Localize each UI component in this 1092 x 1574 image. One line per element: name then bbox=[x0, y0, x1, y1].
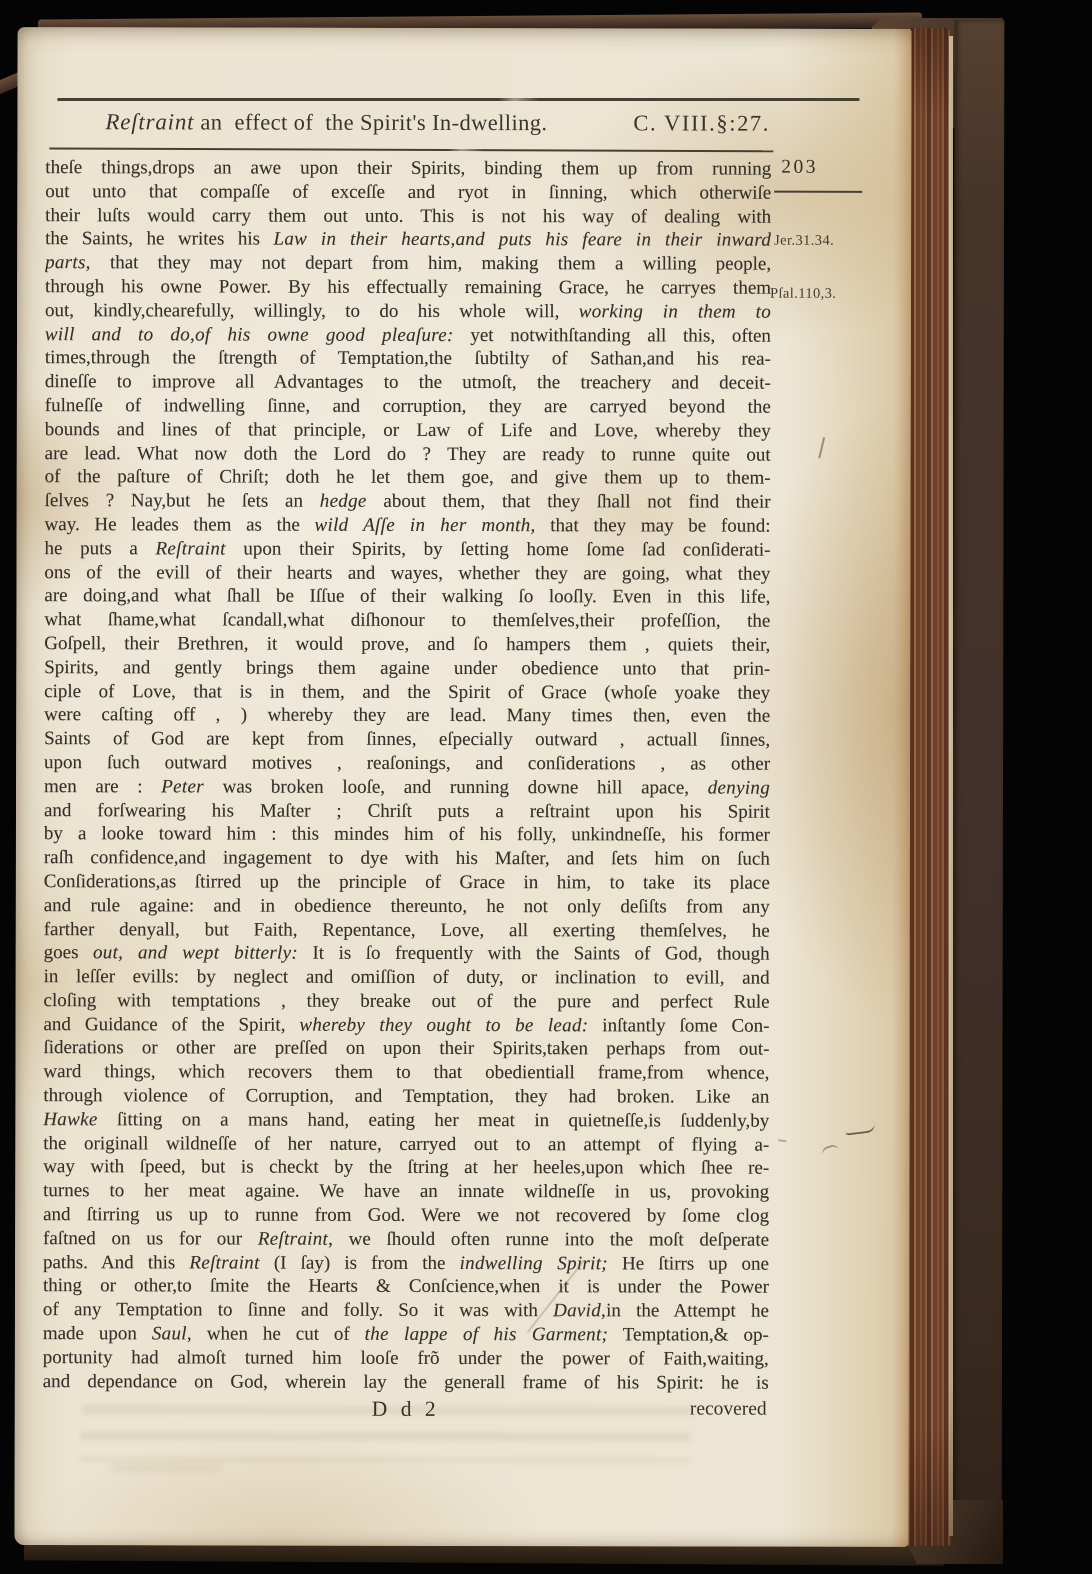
text-line: and dependance on God, wherein lay the g… bbox=[43, 1370, 769, 1395]
text-line: what ſhame,what ſcandall,what diſhonour … bbox=[44, 608, 770, 633]
signature-line: D d 2 recovered bbox=[43, 1396, 769, 1426]
text-line: farther denyall, but Faith, Repentance, … bbox=[44, 918, 770, 943]
text-line: cloſing with temptations , they breake o… bbox=[44, 989, 770, 1014]
book-page: Reſtraint an effect of the Spirit's In-d… bbox=[14, 27, 911, 1547]
ink-mark bbox=[778, 1139, 786, 1142]
verso-show-through-small bbox=[110, 1463, 221, 1489]
book-cover-right-board bbox=[952, 20, 1005, 1564]
text-line: their luſts would carry them out unto. T… bbox=[45, 204, 771, 229]
header-top-rule bbox=[57, 98, 859, 101]
text-line: were caſting off , ) whereby they are le… bbox=[44, 703, 770, 728]
text-line: goes out, and wept bitterly: It is ſo fr… bbox=[44, 941, 770, 966]
text-line: ward things, which recovers them to that… bbox=[43, 1060, 769, 1085]
text-line: of any Temptation to ſinne and folly. So… bbox=[43, 1298, 769, 1323]
book-scan: Reſtraint an effect of the Spirit's In-d… bbox=[0, 0, 1092, 1574]
margin-note-jeremiah: Jer.31.34. bbox=[774, 233, 834, 250]
text-line: Goſpell, their Brethren, it would prove,… bbox=[44, 632, 770, 657]
text-line: in leſſer evills: by neglect and omiſſio… bbox=[44, 965, 770, 990]
text-line: Conſiderations,as ſtirred up the princip… bbox=[44, 870, 770, 895]
text-line: men are : Peter was broken looſe, and ru… bbox=[44, 775, 770, 800]
text-line: out unto that compaſſe of exceſſe and ry… bbox=[45, 180, 771, 205]
text-line: of the paſture of Chriſt; doth he let th… bbox=[45, 465, 771, 490]
text-line: way. He leades them as the wild Aſſe in … bbox=[45, 513, 771, 538]
text-line: are doing,and what ſhall be Iſſue of the… bbox=[44, 584, 770, 609]
running-header-text: an effect of the Spirit's In-dwelling. bbox=[194, 109, 547, 135]
text-line: ſelves ? Nay,but he ſets an hedge about … bbox=[45, 489, 771, 514]
text-line: ciple of Love, that is in them, and the … bbox=[44, 680, 770, 705]
text-line: dineſſe to improve all Advantages to the… bbox=[45, 370, 771, 395]
text-line: Spirits, and gently brings them againe u… bbox=[44, 656, 770, 681]
text-line: the Saints, he writes his Law in their h… bbox=[45, 228, 771, 253]
text-line: ſiderations or other are preſſed on upon… bbox=[43, 1037, 769, 1062]
page-number: 203 bbox=[781, 157, 818, 179]
text-line: way with ſpeed, but is checkt by the ſtr… bbox=[43, 1156, 769, 1181]
text-line: Hawke ſitting on a mans hand, eating her… bbox=[43, 1108, 769, 1133]
ink-mark bbox=[818, 437, 825, 459]
text-line: he puts a Reſtraint upon their Spirits, … bbox=[44, 537, 770, 562]
running-header-keyword: Reſtraint bbox=[105, 109, 194, 134]
margin-note-psalm: Pſal.110,3. bbox=[770, 286, 836, 303]
page-fore-edge-stack bbox=[905, 28, 951, 1546]
ink-mark bbox=[845, 1123, 876, 1136]
text-line: out, kindly,chearefully, willingly, to d… bbox=[45, 299, 771, 324]
chapter-reference: C. VIII.§:27. bbox=[633, 110, 770, 136]
header-bottom-rule bbox=[49, 148, 773, 153]
text-line: through violence of Corruption, and Temp… bbox=[43, 1084, 769, 1109]
catchword: recovered bbox=[690, 1398, 767, 1420]
text-line: paths. And this Reſtraint (I ſay) is fro… bbox=[43, 1251, 769, 1276]
text-line: Saints of God are kept from ſinnes, eſpe… bbox=[44, 727, 770, 752]
text-line: and ſtirring us up to runne from God. We… bbox=[43, 1203, 769, 1228]
text-line: are lead. What now doth the Lord do ? Th… bbox=[45, 442, 771, 467]
ink-mark bbox=[821, 1143, 839, 1155]
text-line: times,through the ſtrength of Temptation… bbox=[45, 346, 771, 371]
body-text: theſe things,drops an awe upon their Spi… bbox=[43, 156, 772, 1395]
page-edge-highlight bbox=[949, 36, 953, 1536]
text-line: thing or other,to ſmite the Hearts & Con… bbox=[43, 1275, 769, 1300]
text-line: raſh confidence,and ingagement to dye wi… bbox=[44, 846, 770, 871]
signature-mark: D d 2 bbox=[43, 1396, 769, 1423]
text-line: and forſwearing his Maſter ; Chriſt puts… bbox=[44, 799, 770, 824]
text-line: ons of the evill of their hearts and way… bbox=[44, 561, 770, 586]
text-line: by a looke toward him : this mindes him … bbox=[44, 822, 770, 847]
text-line: bounds and lines of that principle, or L… bbox=[45, 418, 771, 443]
text-line: portunity had almoſt turned him looſe fr… bbox=[43, 1346, 769, 1371]
text-line: parts, that they may not depart from him… bbox=[45, 251, 771, 276]
text-line: turnes to her meat againe. We have an in… bbox=[43, 1179, 769, 1204]
text-line: faſtned on us for our Reſtraint, we ſhou… bbox=[43, 1227, 769, 1252]
text-line: fulneſſe of indwelling ſinne, and corrup… bbox=[45, 394, 771, 419]
text-line: through his owne Power. By his effectual… bbox=[45, 275, 771, 300]
text-line: and rule againe: and in obedience thereu… bbox=[44, 894, 770, 919]
text-line: made upon Saul, when he cut of the lappe… bbox=[43, 1322, 769, 1347]
text-line: the originall wildneſſe of her nature, c… bbox=[43, 1132, 769, 1157]
page-number-rule bbox=[774, 191, 862, 193]
text-line: will and to do,of his owne good pleaſure… bbox=[45, 323, 771, 348]
text-line: and Guidance of the Spirit, whereby they… bbox=[43, 1013, 769, 1038]
text-line: theſe things,drops an awe upon their Spi… bbox=[45, 156, 771, 181]
text-line: upon ſuch outward motives , reaſonings, … bbox=[44, 751, 770, 776]
running-header: Reſtraint an effect of the Spirit's In-d… bbox=[105, 109, 547, 136]
